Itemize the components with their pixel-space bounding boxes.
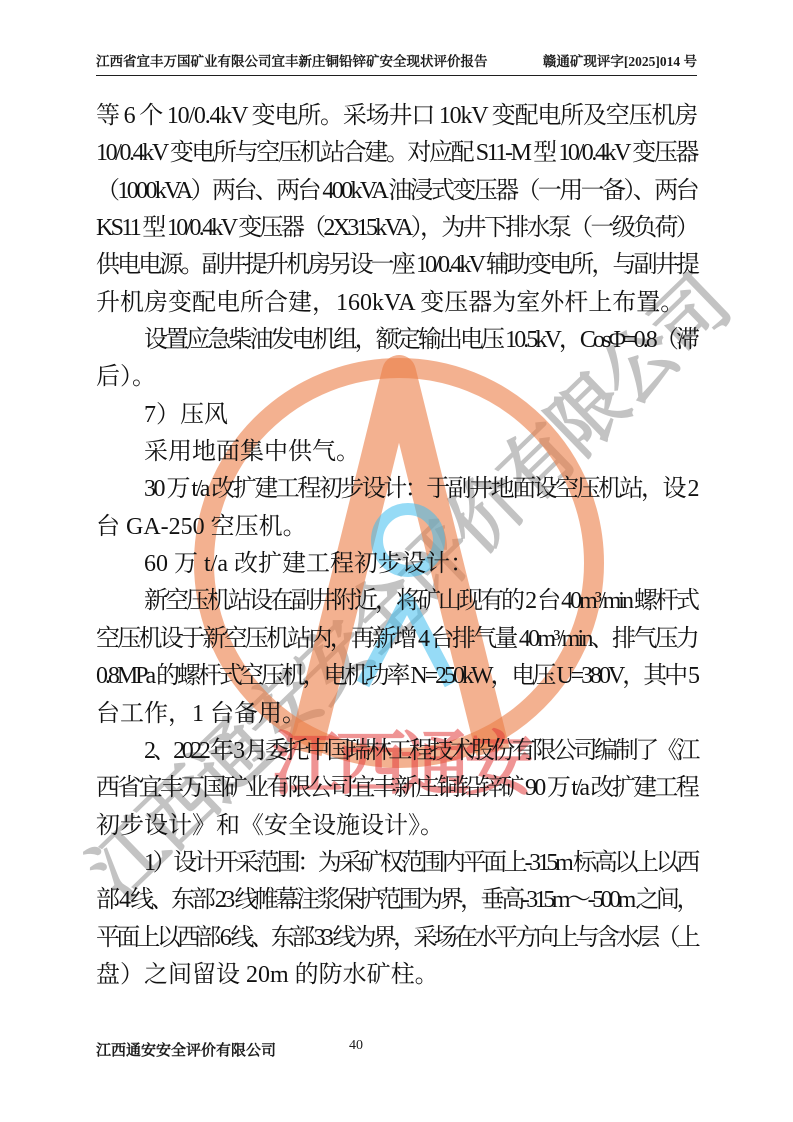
body-line: 0.8MPa 的螺杆式空压机，电机功率 N=250kW，电压 U=380V，其中… — [96, 658, 697, 695]
body-line: 盘）之间留设 20m 的防水矿柱。 — [96, 957, 697, 994]
body-line-text: 初步设计》和《安全设施设计》。 — [96, 813, 444, 839]
body-line: 平面上以西部 6 线、东部 33 线为界，采场在水平方向上与含水层（上 — [96, 920, 697, 957]
body-line-text: 2、2022 年 3 月委托中国瑞林工程技术股份有限公司编制了《江 — [144, 738, 697, 764]
body-line: 设置应急柴油发电机组，额定输出电压 10.5kV，CosΦ=0.8（滞 — [96, 322, 697, 359]
body-line-text: 盘）之间留设 20m 的防水矿柱。 — [96, 962, 439, 988]
body-line: 等 6 个 10/0.4kV 变电所。采场井口 10kV 变配电所及空压机房 — [96, 98, 697, 135]
content-layer: 江西省宜丰万国矿业有限公司宜丰新庄铜铅锌矿安全现状评价报告 赣通矿现评字[202… — [0, 0, 793, 1122]
body-line: 60 万 t/a 改扩建工程初步设计： — [96, 546, 697, 583]
body-line: 供电电源。副井提升机房另设一座 10/0.4kV 辅助变电所，与副井提 — [96, 247, 697, 284]
page-header: 江西省宜丰万国矿业有限公司宜丰新庄铜铅锌矿安全现状评价报告 赣通矿现评字[202… — [96, 50, 697, 70]
body-line: 台 GA-250 空压机。 — [96, 509, 697, 546]
body-line: （1000kVA）两台、两台 400kVA 油浸式变压器（一用一备）、两台 — [96, 173, 697, 210]
body-line: 西省宜丰万国矿业有限公司宜丰新庄铜铅锌矿 90 万 t/a 改扩建工程 — [96, 770, 697, 807]
body-line: 台工作，1 台备用。 — [96, 696, 697, 733]
body-text: 等 6 个 10/0.4kV 变电所。采场井口 10kV 变配电所及空压机房10… — [96, 98, 697, 994]
body-line: 10/0.4kV 变电所与空压机站合建。对应配 S11-M 型 10/0.4kV… — [96, 135, 697, 172]
body-line: 升机房变配电所合建，160kVA 变压器为室外杆上布置。 — [96, 285, 697, 322]
body-line-text: 部 4 线、东部 23 线帷幕注浆保护范围为界，垂高-315m～-500m 之间… — [96, 887, 697, 913]
header-doc-number: 赣通矿现评字[2025]014 号 — [543, 50, 697, 70]
body-line-text: 等 6 个 10/0.4kV 变电所。采场井口 10kV 变配电所及空压机房 — [96, 103, 697, 129]
report-page: 江西通安安全评价有限公司 江西通安 江西省宜丰万国矿业有限公司宜丰新庄铜铅锌矿安… — [0, 0, 793, 1122]
page-number: 40 — [336, 1038, 376, 1054]
body-line: 2、2022 年 3 月委托中国瑞林工程技术股份有限公司编制了《江 — [96, 733, 697, 770]
header-report-title: 江西省宜丰万国矿业有限公司宜丰新庄铜铅锌矿安全现状评价报告 — [96, 50, 488, 70]
body-line-text: 后）。 — [96, 364, 156, 390]
body-line-text: 7）压风 — [144, 402, 228, 428]
footer-company: 江西通安安全评价有限公司 — [96, 1039, 276, 1060]
body-line-text: KS11 型 10/0.4kV 变压器（2X315kVA），为井下排水泵（一级负… — [96, 215, 697, 241]
body-line-text: 空压机设于新空压机站内，再新增 4 台排气量 40m³/min、排气压力 — [96, 626, 697, 652]
body-line-text: （1000kVA）两台、两台 400kVA 油浸式变压器（一用一备）、两台 — [96, 178, 697, 204]
body-line-text: 台工作，1 台备用。 — [96, 701, 306, 727]
body-line: 7）压风 — [96, 397, 697, 434]
body-line: 1）设计开采范围：为采矿权范围内平面上-315m 标高以上以西 — [96, 845, 697, 882]
body-line-text: 平面上以西部 6 线、东部 33 线为界，采场在水平方向上与含水层（上 — [96, 925, 697, 951]
body-line-text: 西省宜丰万国矿业有限公司宜丰新庄铜铅锌矿 90 万 t/a 改扩建工程 — [96, 775, 697, 801]
body-line-text: 0.8MPa 的螺杆式空压机，电机功率 N=250kW，电压 U=380V，其中… — [96, 663, 697, 689]
body-line: KS11 型 10/0.4kV 变压器（2X315kVA），为井下排水泵（一级负… — [96, 210, 697, 247]
body-line-text: 30 万 t/a 改扩建工程初步设计：于副井地面设空压机站，设 2 — [144, 476, 697, 502]
body-line: 采用地面集中供气。 — [96, 434, 697, 471]
body-line: 部 4 线、东部 23 线帷幕注浆保护范围为界，垂高-315m～-500m 之间… — [96, 882, 697, 919]
body-line-text: 60 万 t/a 改扩建工程初步设计： — [144, 551, 474, 577]
body-line-text: 升机房变配电所合建，160kVA 变压器为室外杆上布置。 — [96, 290, 684, 316]
header-rule — [96, 75, 697, 76]
body-line: 空压机设于新空压机站内，再新增 4 台排气量 40m³/min、排气压力 — [96, 621, 697, 658]
body-line: 后）。 — [96, 359, 697, 396]
body-line: 30 万 t/a 改扩建工程初步设计：于副井地面设空压机站，设 2 — [96, 471, 697, 508]
body-line: 新空压机站设在副井附近，将矿山现有的 2 台 40m³/min 螺杆式 — [96, 583, 697, 620]
body-line-text: 设置应急柴油发电机组，额定输出电压 10.5kV，CosΦ=0.8（滞 — [144, 327, 697, 353]
body-line-text: 采用地面集中供气。 — [144, 439, 360, 465]
body-line: 初步设计》和《安全设施设计》。 — [96, 808, 697, 845]
body-line-text: 10/0.4kV 变电所与空压机站合建。对应配 S11-M 型 10/0.4kV… — [96, 140, 697, 166]
body-line-text: 台 GA-250 空压机。 — [96, 514, 307, 540]
body-line-text: 供电电源。副井提升机房另设一座 10/0.4kV 辅助变电所，与副井提 — [96, 252, 697, 278]
body-line-text: 1）设计开采范围：为采矿权范围内平面上-315m 标高以上以西 — [144, 850, 697, 876]
body-line-text: 新空压机站设在副井附近，将矿山现有的 2 台 40m³/min 螺杆式 — [144, 588, 697, 614]
